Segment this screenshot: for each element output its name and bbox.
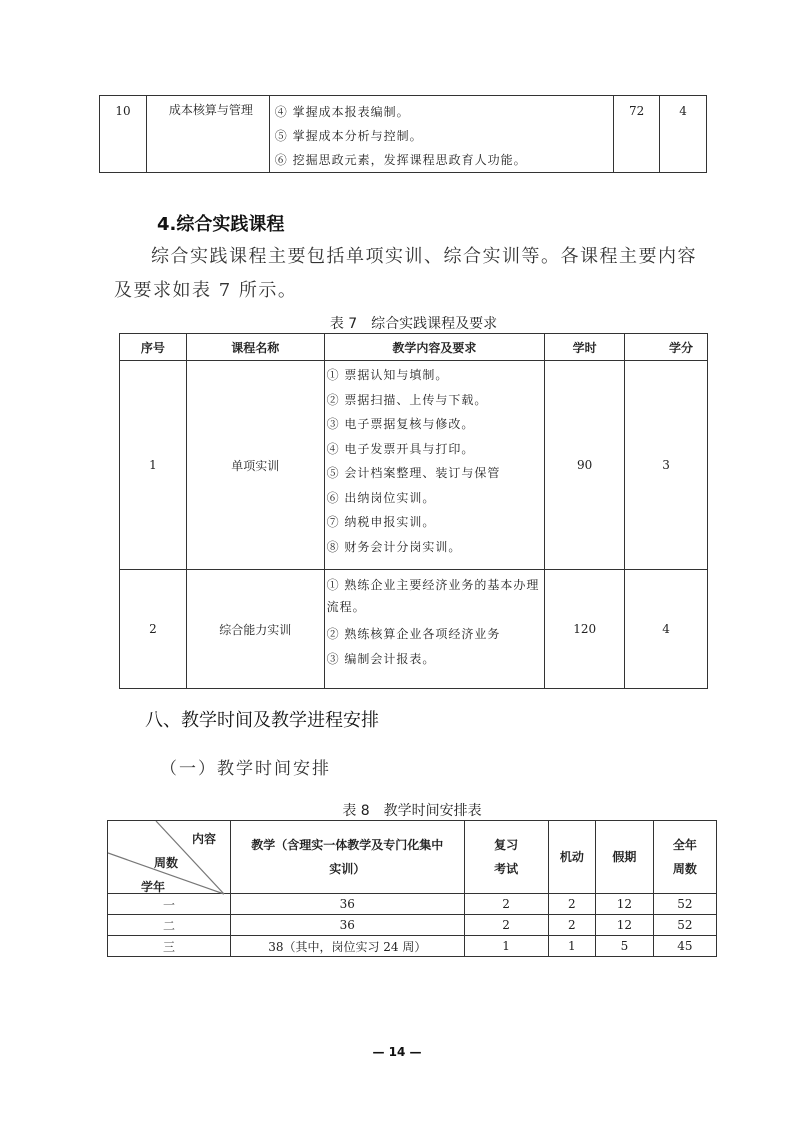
content-item: ⑧ 财务会计分岗实训。 — [327, 535, 541, 560]
review-weeks: 2 — [464, 894, 548, 915]
total-weeks: 52 — [653, 915, 716, 936]
teaching-weeks: 38（其中，岗位实习 24 周） — [231, 936, 465, 957]
row-index: 10 — [100, 96, 147, 173]
table-row: 三 38（其中，岗位实习 24 周） 1 1 5 45 — [108, 936, 717, 957]
teaching-weeks: 36 — [231, 894, 465, 915]
header-teaching: 教学（含理实一体教学及专门化集中 实训） — [231, 821, 465, 894]
course-hours: 120 — [545, 570, 625, 689]
content-item: ③ 电子票据复核与修改。 — [327, 412, 541, 437]
table8-teaching-schedule: 内容 周数 学年 教学（含理实一体教学及专门化集中 实训） 复习 考试 机动 假… — [107, 820, 717, 957]
review-weeks: 1 — [464, 936, 548, 957]
course-name: 综合能力实训 — [186, 570, 324, 689]
flex-weeks: 1 — [548, 936, 595, 957]
section-paragraph: 综合实践课程主要包括单项实训、综合实训等。各课程主要内容及要求如表 7 所示。 — [114, 240, 700, 308]
course-content: ① 票据认知与填制。 ② 票据扫描、上传与下载。 ③ 电子票据复核与修改。 ④ … — [324, 361, 545, 570]
course-hours: 90 — [545, 361, 625, 570]
table-row: 1 单项实训 ① 票据认知与填制。 ② 票据扫描、上传与下载。 ③ 电子票据复核… — [120, 361, 708, 570]
course-hours: 72 — [614, 96, 660, 173]
header-line: 复习 — [465, 833, 548, 857]
header-course-name: 课程名称 — [186, 334, 324, 361]
diag-label-weeks: 周数 — [154, 851, 178, 875]
table-row: 2 综合能力实训 ① 熟练企业主要经济业务的基本办理流程。 ② 熟练核算企业各项… — [120, 570, 708, 689]
content-item: ② 熟练核算企业各项经济业务 — [327, 622, 541, 647]
holiday-weeks: 12 — [596, 894, 654, 915]
row-index: 2 — [120, 570, 187, 689]
table-header-row: 内容 周数 学年 教学（含理实一体教学及专门化集中 实训） 复习 考试 机动 假… — [108, 821, 717, 894]
content-item: ① 票据认知与填制。 — [327, 363, 541, 388]
year: 三 — [108, 936, 231, 957]
header-hours: 学时 — [545, 334, 625, 361]
content-item: ④ 掌握成本报表编制。 — [275, 100, 609, 124]
content-item: ③ 编制会计报表。 — [327, 647, 541, 672]
teaching-weeks: 36 — [231, 915, 465, 936]
header-line: 全年 — [654, 833, 716, 857]
previous-table: 10 成本核算与管理 ④ 掌握成本报表编制。 ⑤ 掌握成本分析与控制。 ⑥ 挖掘… — [99, 95, 707, 173]
total-weeks: 52 — [653, 894, 716, 915]
header-line: 周数 — [654, 857, 716, 881]
course-credits: 4 — [625, 570, 708, 689]
content-item: ⑤ 会计档案整理、装订与保管 — [327, 461, 541, 486]
diagonal-header-cell: 内容 周数 学年 — [108, 821, 231, 894]
table-row: 二 36 2 2 12 52 — [108, 915, 717, 936]
course-credits: 4 — [660, 96, 707, 173]
section-heading: 4.综合实践课程 — [157, 210, 284, 236]
content-item: ④ 电子发票开具与打印。 — [327, 437, 541, 462]
review-weeks: 2 — [464, 915, 548, 936]
course-content: ① 熟练企业主要经济业务的基本办理流程。 ② 熟练核算企业各项经济业务 ③ 编制… — [324, 570, 545, 689]
header-line: 考试 — [465, 857, 548, 881]
header-review-exam: 复习 考试 — [464, 821, 548, 894]
table7-caption: 表 7 综合实践课程及要求 — [119, 313, 708, 333]
row-index: 1 — [120, 361, 187, 570]
table-header-row: 序号 课程名称 教学内容及要求 学时 学分 — [120, 334, 708, 361]
content-item: ① 熟练企业主要经济业务的基本办理流程。 — [327, 574, 541, 618]
chapter-heading: 八、教学时间及教学进程安排 — [145, 706, 379, 732]
table8-caption: 表 8 教学时间安排表 — [107, 800, 717, 820]
year: 一 — [108, 894, 231, 915]
header-content: 教学内容及要求 — [324, 334, 545, 361]
table7-practice-courses: 序号 课程名称 教学内容及要求 学时 学分 1 单项实训 ① 票据认知与填制。 … — [119, 333, 708, 689]
course-name: 单项实训 — [186, 361, 324, 570]
course-content: ④ 掌握成本报表编制。 ⑤ 掌握成本分析与控制。 ⑥ 挖掘思政元素，发挥课程思政… — [269, 96, 613, 173]
content-item: ⑤ 掌握成本分析与控制。 — [275, 124, 609, 148]
diag-label-year: 学年 — [141, 875, 165, 899]
header-line: 教学（含理实一体教学及专门化集中 — [231, 833, 464, 857]
header-credits: 学分 — [625, 334, 708, 361]
holiday-weeks: 12 — [596, 915, 654, 936]
content-item: ⑥ 出纳岗位实训。 — [327, 486, 541, 511]
flex-weeks: 2 — [548, 894, 595, 915]
header-line: 实训） — [231, 857, 464, 881]
course-credits: 3 — [625, 361, 708, 570]
content-item: ⑥ 挖掘思政元素，发挥课程思政育人功能。 — [275, 148, 609, 172]
sub-heading: （一）教学时间安排 — [160, 754, 331, 779]
year: 二 — [108, 915, 231, 936]
header-total-weeks: 全年 周数 — [653, 821, 716, 894]
flex-weeks: 2 — [548, 915, 595, 936]
content-item: ② 票据扫描、上传与下载。 — [327, 388, 541, 413]
diag-label-content: 内容 — [192, 827, 216, 851]
course-name: 成本核算与管理 — [146, 96, 269, 173]
header-holiday: 假期 — [596, 821, 654, 894]
total-weeks: 45 — [653, 936, 716, 957]
header-index: 序号 — [120, 334, 187, 361]
table-row: 10 成本核算与管理 ④ 掌握成本报表编制。 ⑤ 掌握成本分析与控制。 ⑥ 挖掘… — [100, 96, 707, 173]
header-flexible: 机动 — [548, 821, 595, 894]
holiday-weeks: 5 — [596, 936, 654, 957]
page-number: — 14 — — [0, 1045, 794, 1059]
content-item: ⑦ 纳税申报实训。 — [327, 510, 541, 535]
table-row: 一 36 2 2 12 52 — [108, 894, 717, 915]
